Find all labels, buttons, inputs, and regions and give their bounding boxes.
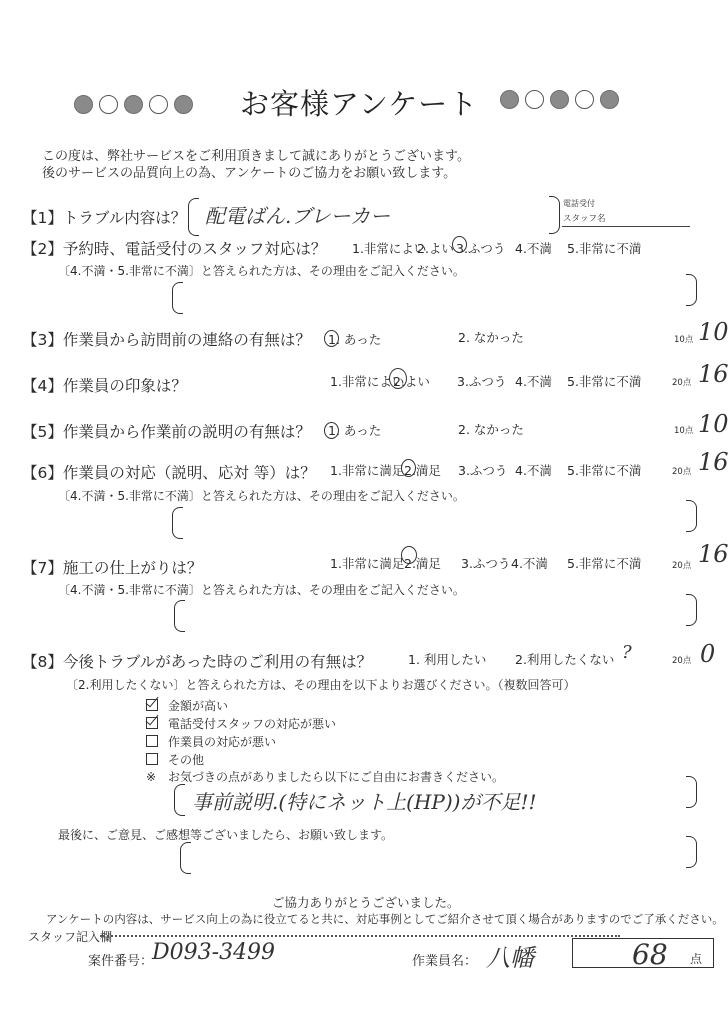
dot-icon [600, 90, 619, 109]
q7-reason-field[interactable] [187, 603, 687, 627]
q8-reason-prompt: 〔2.利用したくない〕と答えられた方は、その理由を以下よりお選びください。（複数… [66, 676, 575, 693]
q8-free-answer[interactable]: 事前説明.(特にネット上(HP))が不足!! [192, 786, 537, 815]
q8-option-2[interactable]: 2.利用したくない [515, 650, 614, 668]
q3-label: 【3】作業員から訪問前の連絡の有無は？ [22, 328, 311, 350]
q7-option-4[interactable]: 4.不満 [511, 554, 548, 572]
staff-label-2: スタッフ名 [563, 212, 606, 224]
q8-score[interactable]: 0 [700, 640, 715, 668]
q4-option-5[interactable]: 5.非常に不満 [567, 372, 641, 390]
q6-option-5[interactable]: 5.非常に不満 [567, 461, 641, 479]
q4-points-label: 20点 [672, 376, 691, 388]
q8-option-1[interactable]: 1. 利用したい [408, 650, 486, 668]
q2-option-1[interactable]: 1.非常によい [352, 239, 426, 257]
dot-icon [525, 90, 544, 109]
q5-label: 【5】作業員から作業前の説明の有無は？ [22, 420, 311, 442]
checkbox-checked-icon[interactable] [146, 699, 158, 711]
q6-score[interactable]: 16 [698, 448, 728, 476]
bracket-left [174, 600, 185, 632]
q2-reason-field[interactable] [185, 285, 685, 309]
q1-answer[interactable]: 配電ばん.ブレーカー [205, 200, 390, 229]
selection-circle [389, 368, 407, 389]
staff-label-1: 電話受付 [563, 198, 595, 209]
q2-option-4[interactable]: 4.不満 [515, 239, 552, 257]
intro-line-1: この度は、弊社サービスをご利用頂きまして誠にありがとうございます。 [42, 148, 470, 165]
checkbox-checked-icon[interactable] [146, 717, 158, 729]
page-title: お客様アンケート [240, 82, 478, 123]
selection-circle [452, 236, 467, 253]
q7-reason-prompt: 〔4.不満・5.非常に不満〕と答えられた方は、その理由をご記入ください。 [58, 581, 465, 598]
bracket-left [174, 784, 185, 816]
selection-circle [401, 546, 417, 564]
selection-circle [401, 459, 416, 477]
q6-reason-prompt: 〔4.不満・5.非常に不満〕と答えられた方は、その理由をご記入ください。 [58, 487, 465, 504]
checkbox-item[interactable]: その他 [146, 751, 204, 768]
q8-mark: ? [622, 642, 632, 663]
q4-score[interactable]: 16 [698, 360, 728, 388]
q7-points-label: 20点 [672, 559, 691, 571]
footer-notice: アンケートの内容は、サービス向上の為に役立てると共に、対応事例としてご紹介させて… [46, 911, 724, 927]
bracket-right [686, 274, 697, 306]
checkbox-item[interactable]: 電話受付スタッフの対応が悪い [146, 715, 336, 732]
q7-label: 【7】施工の仕上がりは？ [22, 556, 202, 578]
dot-icon [550, 90, 569, 109]
checkbox-item[interactable]: 作業員の対応が悪い [146, 733, 276, 750]
staff-name-line [562, 226, 690, 227]
bracket-right [549, 196, 560, 234]
q6-option-4[interactable]: 4.不満 [515, 461, 552, 479]
q4-option-3[interactable]: 3.ふつう [457, 372, 506, 390]
checkbox-item[interactable]: 金額が高い [146, 697, 228, 714]
q8-free-prompt: ※ お気づきの点がありましたら以下にご自由にお書きください。 [146, 768, 504, 785]
q2-option-2[interactable]: 2.よい [417, 239, 454, 257]
bracket-right [686, 776, 697, 808]
dot-icon [149, 95, 168, 114]
q6-label: 【6】作業員の対応（説明、応対 等）は？ [22, 461, 316, 483]
q7-option-3[interactable]: 3.ふつう [461, 554, 510, 572]
q7-option-5[interactable]: 5.非常に不満 [567, 554, 641, 572]
q3-score[interactable]: 10 [698, 318, 728, 346]
q6-option-3[interactable]: 3.ふつう [458, 461, 507, 479]
q2-reason-prompt: 〔4.不満・5.非常に不満〕と答えられた方は、その理由をご記入ください。 [58, 262, 465, 279]
total-score[interactable]: 68 [632, 938, 668, 971]
q2-label: 【2】予約時、電話受付のスタッフ対応は？ [22, 237, 326, 259]
bracket-left [188, 198, 199, 236]
dot-icon [174, 95, 193, 114]
q5-option-2[interactable]: 2. なかった [458, 420, 524, 438]
q7-score[interactable]: 16 [698, 540, 728, 568]
bracket-left [172, 282, 183, 314]
case-number-label: 案件番号： [88, 950, 153, 969]
bracket-left [172, 507, 183, 539]
bracket-right [686, 500, 697, 532]
checkbox-icon[interactable] [146, 735, 158, 747]
final-prompt: 最後に、ご意見、ご感想等ございましたら、お願い致します。 [58, 826, 393, 843]
dot-icon [74, 95, 93, 114]
checkbox-icon[interactable] [146, 753, 158, 765]
q4-option-4[interactable]: 4.不満 [515, 372, 552, 390]
q3-option-2[interactable]: 2. なかった [458, 328, 524, 346]
q3-points-label: 10点 [674, 333, 693, 345]
dot-icon [575, 90, 594, 109]
decorative-dots-left [74, 95, 193, 114]
q6-reason-field[interactable] [185, 510, 685, 534]
q6-option-1[interactable]: 1.非常に満足 [330, 461, 404, 479]
final-answer-field[interactable] [193, 845, 683, 869]
footer-thanks: ご協力ありがとうございました。 [272, 893, 460, 911]
dot-icon [124, 95, 143, 114]
worker-name-label: 作業員名： [412, 950, 477, 969]
q7-option-1[interactable]: 1.非常に満足 [330, 554, 404, 572]
q8-label: 【8】今後トラブルがあった時のご利用の有無は？ [22, 650, 372, 672]
intro-line-2: 後のサービスの品質向上の為、アンケートのご協力をお願い致します。 [42, 165, 456, 182]
bracket-left [180, 842, 191, 874]
q1-label: 【1】トラブル内容は？ [22, 206, 186, 228]
dot-icon [500, 90, 519, 109]
q3-option-1[interactable]: 1. あった [328, 330, 381, 348]
bracket-right [686, 594, 697, 626]
bracket-right [686, 836, 697, 868]
q5-score[interactable]: 10 [698, 410, 728, 438]
q5-points-label: 10点 [674, 424, 693, 436]
case-number-value[interactable]: D093-3499 [152, 940, 275, 965]
total-score-unit: 点 [690, 950, 702, 967]
dotted-divider [100, 935, 620, 937]
q6-points-label: 20点 [672, 465, 691, 477]
q4-label: 【4】作業員の印象は？ [22, 374, 187, 396]
dot-icon [99, 95, 118, 114]
worker-name-value[interactable]: 八幡 [486, 938, 534, 973]
q2-option-5[interactable]: 5.非常に不満 [567, 239, 641, 257]
q8-points-label: 20点 [672, 654, 691, 666]
decorative-dots-right [500, 90, 619, 109]
q5-option-1[interactable]: 1. あった [328, 421, 381, 439]
